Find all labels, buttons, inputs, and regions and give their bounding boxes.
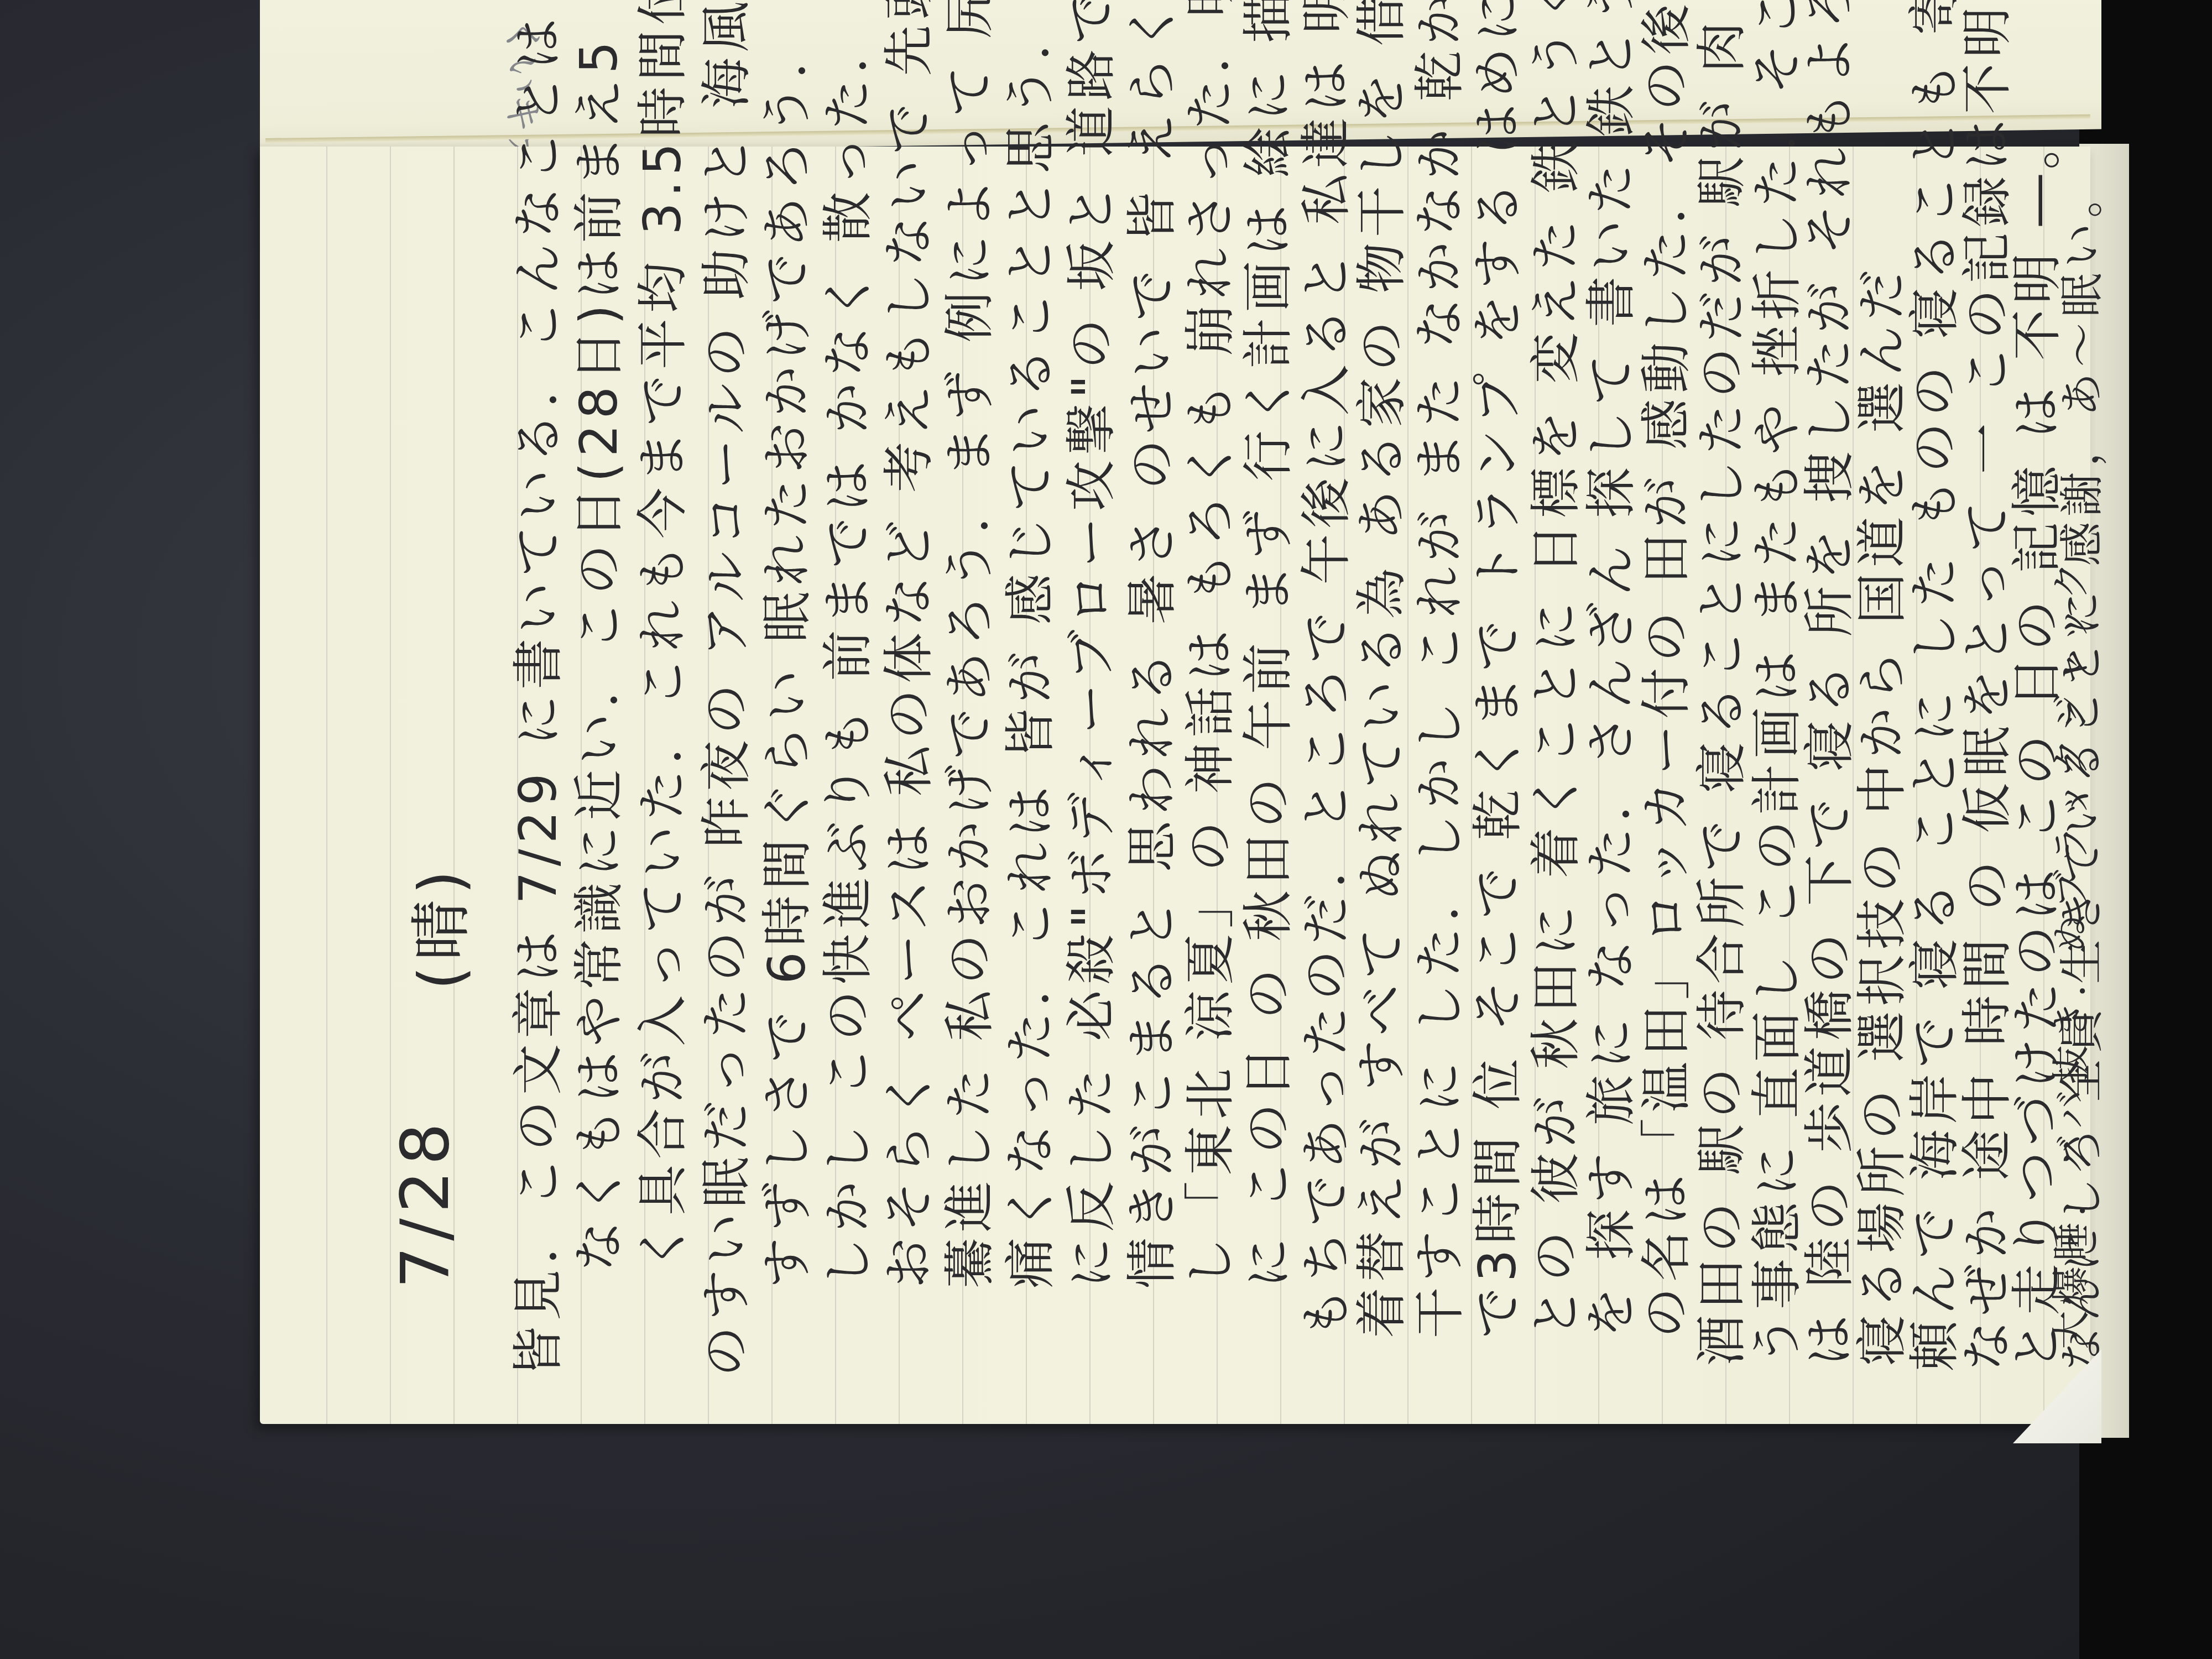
rule-line	[326, 147, 327, 1424]
footnote: ＊．大爆睡．ババ抜き．ぬブラックジャック	[2041, 556, 2096, 1438]
entry-date: 7/28	[387, 1118, 464, 1288]
entry-weather: (晴)	[393, 865, 480, 990]
diary-line: く具合が入っていた．これも今まで平均 3.5時間位	[622, 0, 695, 1272]
diary-line: なくもはや常識に近い．この日(28日)は前まえ5	[559, 36, 632, 1272]
